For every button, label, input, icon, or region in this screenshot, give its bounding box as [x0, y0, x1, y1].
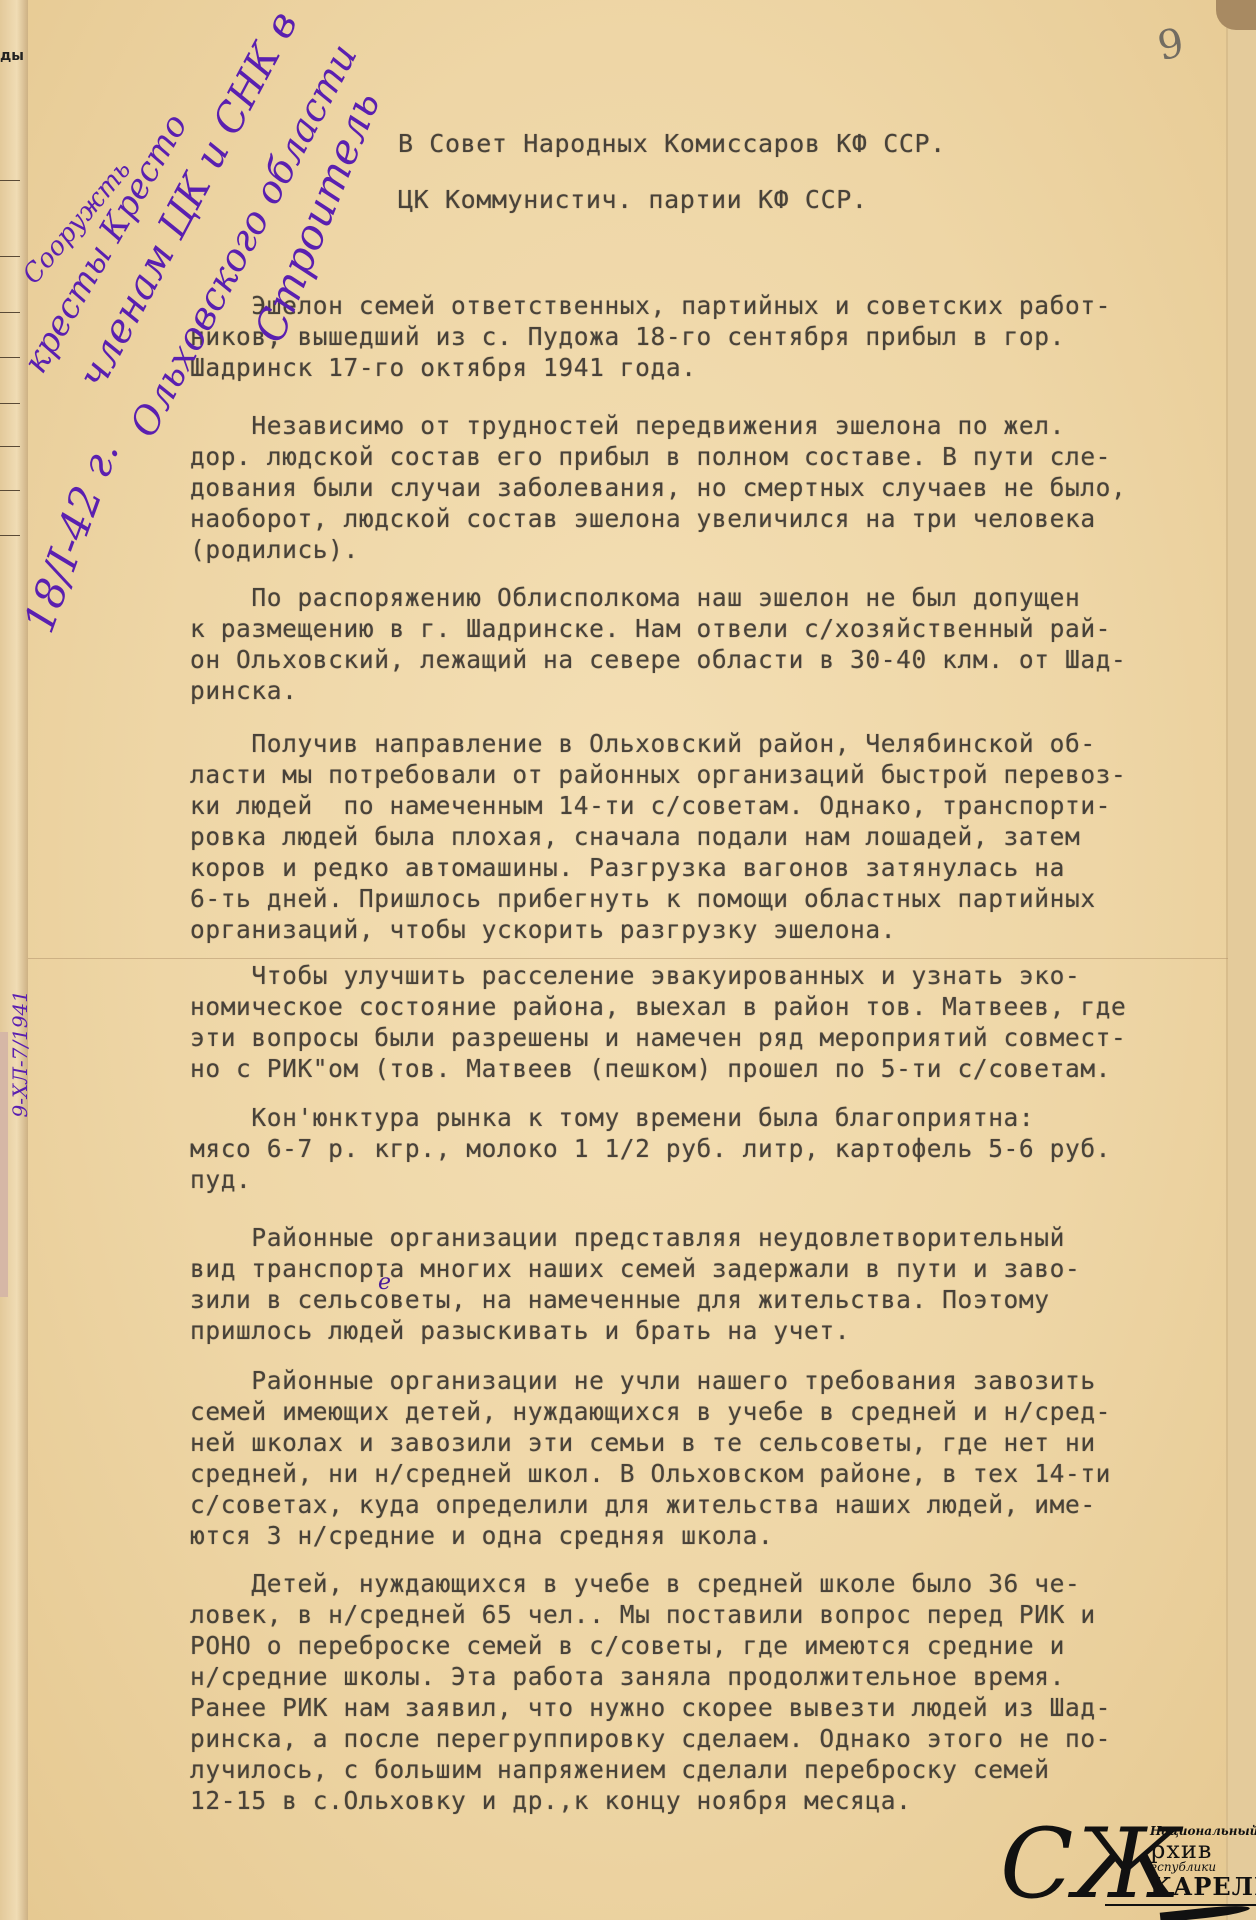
- ruled-line: [0, 535, 20, 536]
- text-line: мясо 6-7 р. кгр., молоко 1 1/2 руб. литр…: [190, 1133, 1111, 1164]
- text-line: ринска, а после перегруппировку сделаем.…: [190, 1723, 1111, 1754]
- text-line: он Ольховский, лежащий на севере области…: [190, 644, 1126, 675]
- text-line: вид транспорта многих наших семей задерж…: [190, 1253, 1080, 1284]
- text-line: ловек, в н/средней 65 чел.. Мы поставили…: [190, 1599, 1096, 1630]
- text-line: Чтобы улучшить расселение эвакуированных…: [190, 960, 1080, 991]
- text-line: (родились).: [190, 534, 359, 565]
- text-line: Районные организации представляя неудовл…: [190, 1222, 1065, 1253]
- text-line: По распоряжению Облисполкома наш эшелон …: [190, 582, 1080, 613]
- text-line: семей имеющих детей, нуждающихся в учебе…: [190, 1396, 1111, 1427]
- text-line: коров и редко автомашины. Разгрузка ваго…: [190, 852, 1065, 883]
- binding-strip: ды: [0, 0, 29, 1920]
- text-line: эти вопросы были разрешены и намечен ряд…: [190, 1022, 1126, 1053]
- ruled-line: [0, 403, 20, 404]
- text-line: но с РИК"ом (тов. Матвеев (пешком) проше…: [190, 1053, 1111, 1084]
- text-line: Районные организации не учли нашего треб…: [190, 1365, 1096, 1396]
- text-line: лучилось, с большим напряжением сделали …: [190, 1754, 1050, 1785]
- text-line: дор. людской состав его прибыл в полном …: [190, 441, 1111, 472]
- text-line: Независимо от трудностей передвижения эш…: [190, 410, 1065, 441]
- text-line: средней, ни н/средней школ. В Ольховском…: [190, 1458, 1111, 1489]
- text-line: с/советах, куда определили для жительств…: [190, 1489, 1096, 1520]
- text-line: наоборот, людской состав эшелона увеличи…: [190, 503, 1096, 534]
- text-line: ровка людей была плохая, сначала подали …: [190, 821, 1080, 852]
- addressee-line: ЦК Коммунистич. партии КФ ССР.: [398, 184, 868, 215]
- ruled-line: [0, 312, 20, 313]
- text-line: Эшелон семей ответственных, партийных и …: [190, 290, 1111, 321]
- text-line: ются 3 н/средние и одна средняя школа.: [190, 1520, 773, 1551]
- text-line: Детей, нуждающихся в учебе в средней шко…: [190, 1568, 1080, 1599]
- text-line: РОНО о переброске семей в с/советы, где …: [190, 1630, 1065, 1661]
- text-line: н/средние школы. Эта работа заняла продо…: [190, 1661, 1065, 1692]
- text-line: организаций, чтобы ускорить разгрузку эш…: [190, 914, 896, 945]
- text-line: Кон'юнктура рынка к тому времени была бл…: [190, 1102, 1034, 1133]
- fold-crease: [28, 958, 1228, 959]
- right-edge-strip: [1228, 0, 1256, 1920]
- inline-correction: е: [378, 1270, 391, 1295]
- ruled-line: [0, 490, 20, 491]
- text-line: ринска.: [190, 675, 297, 706]
- logo-line: КАРЕЛИЯ: [1150, 1872, 1256, 1901]
- ruled-line: [0, 446, 20, 447]
- archive-logo: СЖ Национальный рхив еспублики КАРЕЛИЯ: [1000, 1816, 1240, 1916]
- text-line: Шадринск 17-го октября 1941 года.: [190, 352, 697, 383]
- text-line: ласти мы потребовали от районных организ…: [190, 759, 1126, 790]
- text-line: Получив направление в Ольховский район, …: [190, 728, 1096, 759]
- binding-tape: [0, 1032, 8, 1297]
- margin-note: 9-ХЛ-7/1941: [8, 990, 32, 1118]
- text-line: ки людей по намеченным 14-ти с/советам. …: [190, 790, 1111, 821]
- text-line: номическое состояние района, выехал в ра…: [190, 991, 1126, 1022]
- text-line: ников, вышедший из с. Пудожа 18-го сентя…: [190, 321, 1065, 352]
- ruled-line: [0, 256, 20, 257]
- text-line: дования были случаи заболевания, но смер…: [190, 472, 1126, 503]
- text-line: пришлось людей разыскивать и брать на уч…: [190, 1315, 850, 1346]
- text-line: 6-ть дней. Пришлось прибегнуть к помощи …: [190, 883, 1096, 914]
- addressee-line: В Совет Народных Комиссаров КФ ССР.: [398, 128, 946, 159]
- ruled-line: [0, 180, 20, 181]
- text-line: Ранее РИК нам заявил, что нужно скорее в…: [190, 1692, 1111, 1723]
- text-line: пуд.: [190, 1164, 251, 1195]
- text-line: 12-15 в с.Ольховку и др.,к концу ноября …: [190, 1785, 911, 1816]
- text-line: к размещению в г. Шадринске. Нам отвели …: [190, 613, 1111, 644]
- text-line: зили в сельсоветы, на намеченные для жит…: [190, 1284, 1050, 1315]
- binding-label: ды: [0, 48, 24, 64]
- text-line: ней школах и завозили эти семьи в те сел…: [190, 1427, 1096, 1458]
